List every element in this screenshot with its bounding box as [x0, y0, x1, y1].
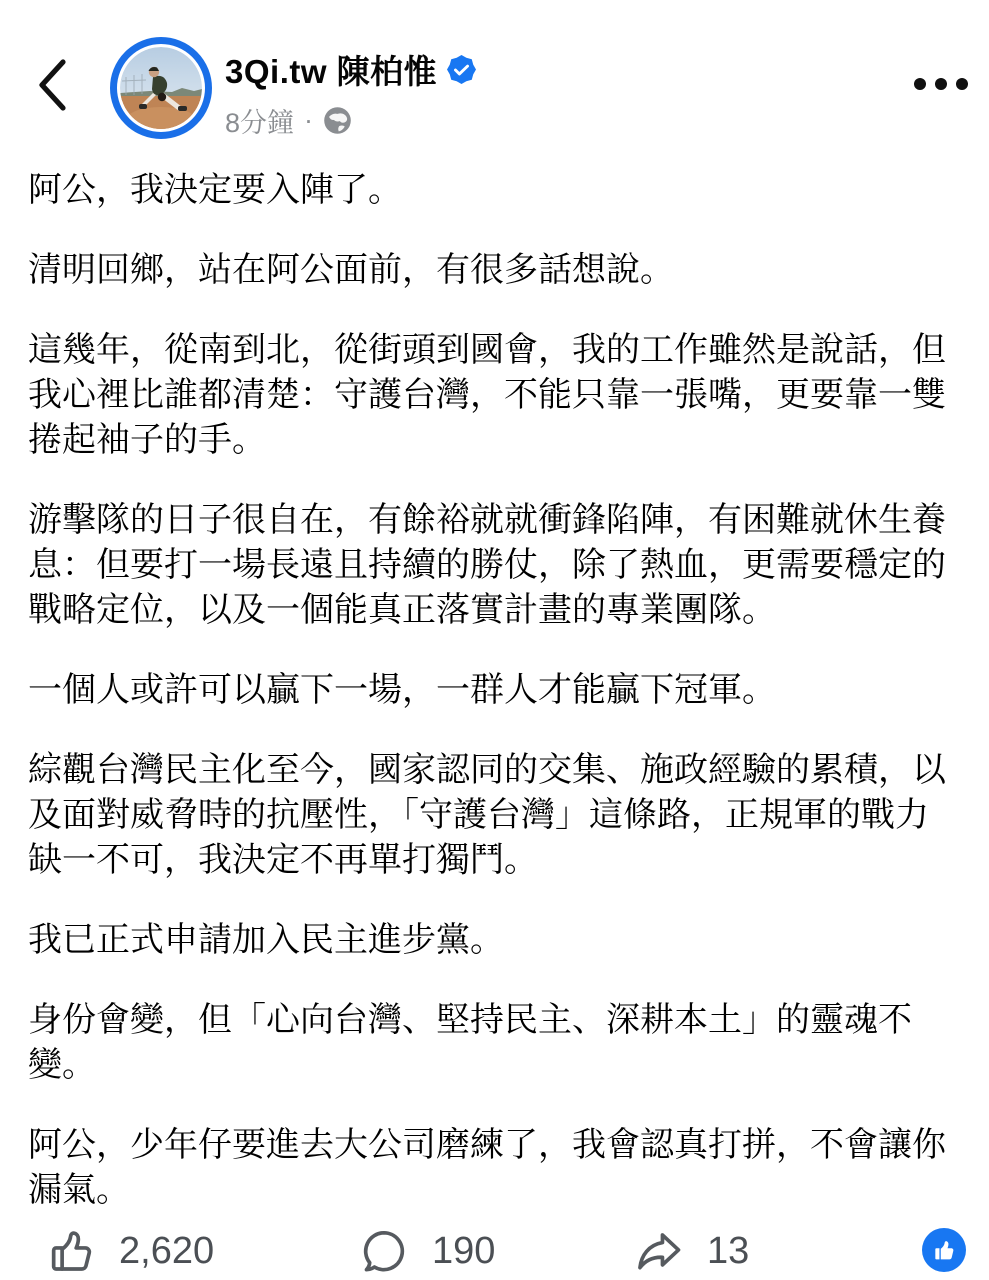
dot-icon [935, 78, 947, 90]
timestamp[interactable]: 8分鐘 [225, 101, 294, 140]
back-button[interactable] [30, 56, 74, 114]
public-globe-icon [323, 106, 352, 135]
verified-badge-icon [447, 55, 476, 84]
dot-icon [914, 78, 926, 90]
post-paragraph: 這幾年，從南到北，從街頭到國會，我的工作雖然是說話，但我心裡比誰都清楚：守護台灣… [28, 328, 948, 463]
thumbs-up-filled-icon [931, 1237, 957, 1263]
post-paragraph: 清明回鄉，站在阿公面前，有很多話想說。 [28, 248, 948, 293]
share-count: 13 [707, 1230, 749, 1273]
post-paragraph: 綜觀台灣民主化至今，國家認同的交集、施政經驗的累積，以及面對威脅時的抗壓性，「守… [28, 748, 948, 883]
comment-button[interactable]: 190 [358, 1222, 495, 1280]
author-block: 3Qi.tw 陳柏惟 8分鐘 · [225, 46, 476, 140]
post-paragraph: 我已正式申請加入民主進步黨。 [28, 918, 948, 963]
post-header: 3Qi.tw 陳柏惟 8分鐘 · [0, 0, 989, 150]
page-name[interactable]: 3Qi.tw 陳柏惟 [225, 46, 437, 93]
post-paragraph: 阿公，少年仔要進去大公司磨練了，我會認真打拼，不會讓你漏氣。 [28, 1123, 948, 1213]
avatar-photo-baseball-pitcher [120, 47, 202, 129]
post-paragraph: 阿公，我決定要入陣了。 [28, 168, 948, 213]
post-text: 阿公，我決定要入陣了。 清明回鄉，站在阿公面前，有很多話想說。 這幾年，從南到北… [28, 168, 948, 1213]
like-reaction-badge[interactable] [922, 1228, 966, 1272]
share-icon [633, 1225, 685, 1277]
like-button[interactable]: 2,620 [45, 1222, 214, 1280]
avatar[interactable] [110, 37, 212, 139]
comment-count: 190 [432, 1230, 495, 1273]
dot-icon [956, 78, 968, 90]
post-paragraph: 游擊隊的日子很自在，有餘裕就就衝鋒陷陣，有困難就休生養息：但要打一場長遠且持續的… [28, 498, 948, 633]
action-bar: 2,620 190 13 [0, 1222, 989, 1280]
share-button[interactable]: 13 [633, 1222, 749, 1280]
like-count: 2,620 [119, 1230, 214, 1273]
meta-separator: · [304, 105, 313, 136]
post-paragraph: 身份會變，但「心向台灣、堅持民主、深耕本土」的靈魂不變。 [28, 998, 948, 1088]
facebook-post-screen: 3Qi.tw 陳柏惟 8分鐘 · [0, 0, 989, 1280]
more-options-button[interactable] [892, 62, 968, 106]
back-chevron-icon [36, 58, 68, 112]
comment-icon [358, 1225, 410, 1277]
thumbs-up-icon [45, 1225, 97, 1277]
post-paragraph: 一個人或許可以贏下一場，一群人才能贏下冠軍。 [28, 668, 948, 713]
